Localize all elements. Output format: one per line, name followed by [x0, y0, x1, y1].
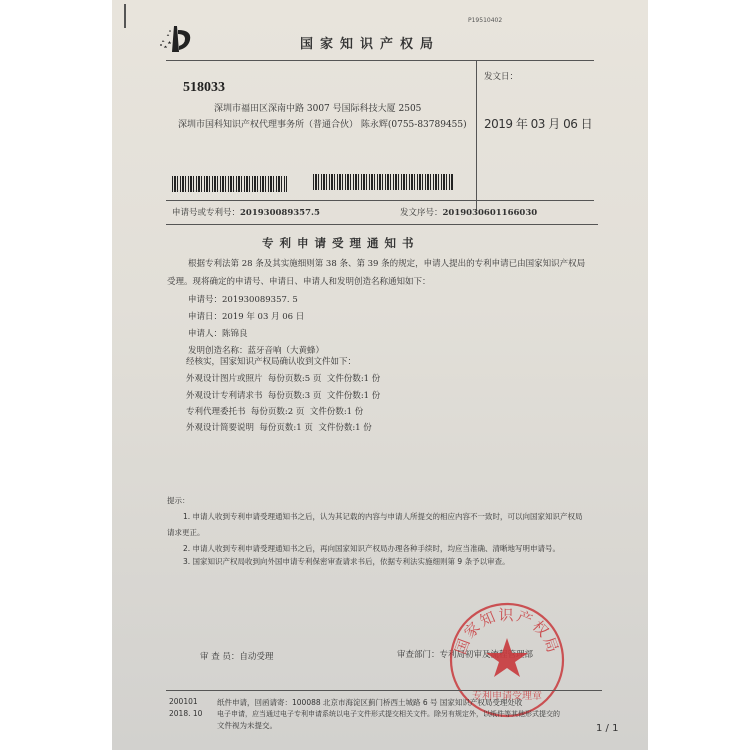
- field-application-number: 申请号：201930089357. 5: [188, 293, 298, 305]
- reference-top-divider: [166, 200, 594, 201]
- received-intro: 经核实，国家知识产权局确认收到文件如下：: [186, 355, 356, 367]
- footer-version: 2018. 10: [169, 709, 202, 718]
- barcode-left: [172, 176, 287, 192]
- form-number: P19510402: [468, 17, 502, 24]
- examiner: 审 查 员：自动受理: [200, 650, 273, 662]
- recipient-agency: 深圳市国科知识产权代理事务所（普通合伙） 陈永辉(0755-83789455): [178, 117, 467, 130]
- notice-title: 专利申请受理通知书: [262, 235, 420, 251]
- document-row: 外观设计专利请求书 每份页数:3 页 文件份数:1 份: [186, 389, 380, 401]
- footer-divider: [166, 690, 602, 691]
- serial-number-label: 发文序号：: [400, 208, 443, 218]
- staple-mark: [124, 4, 126, 28]
- tips-heading: 提示：: [167, 495, 190, 506]
- application-number-value: 201930089357.5: [240, 208, 320, 218]
- field-application-date: 申请日：2019 年 03 月 06 日: [188, 310, 304, 322]
- serial-number-value: 20190306011660​30: [443, 208, 538, 218]
- field-applicant: 申请人：陈锦良: [188, 327, 248, 339]
- header-divider: [166, 60, 594, 61]
- reference-bottom-divider: [166, 224, 598, 225]
- intro-line-2: 受理。现将确定的申请号、申请日、申请人和发明创造名称通知如下：: [167, 275, 431, 287]
- tip-3: 3. 国家知识产权局收到向外国申请专利保密审查请求书后，依据专利法实施细则第 9…: [183, 556, 510, 567]
- organization-name: 国家知识产权局: [300, 33, 440, 52]
- document-row: 外观设计图片或照片 每份页数:5 页 文件份数:1 份: [186, 372, 380, 384]
- issue-date-value: 2019 年 03 月 06 日: [484, 115, 592, 132]
- footer-line-1: 纸件申请，回函请寄：100088 北京市海淀区蓟门桥西土城路 6 号 国家知识产…: [217, 697, 522, 708]
- document-row: 外观设计简要说明 每份页数:1 页 文件份数:1 份: [186, 421, 372, 433]
- postal-code: 518033: [183, 80, 225, 96]
- examiner-value: 自动受理: [239, 652, 273, 662]
- application-number-label: 申请号或专利号：: [172, 208, 240, 218]
- date-column-divider: [476, 60, 477, 210]
- examiner-label: 审 查 员：: [200, 652, 239, 662]
- document-row: 专利代理委托书 每份页数:2 页 文件份数:1 份: [186, 405, 363, 417]
- intro-line-1: 根据专利法第 28 条及其实施细则第 38 条、第 39 条的规定，申请人提出的…: [188, 257, 585, 269]
- footer-line-3: 文件视为未提交。: [217, 720, 277, 731]
- tip-2: 2. 申请人收到专利申请受理通知书之后，再向国家知识产权局办理各种手续时，均应当…: [183, 543, 560, 554]
- page-number: 1 / 1: [596, 723, 618, 734]
- application-number-row: 申请号或专利号：201930089357.5: [172, 206, 320, 218]
- recipient-address: 深圳市福田区深南中路 3007 号国际科技大厦 2505: [214, 101, 421, 114]
- footer-line-2: 电子申请，应当通过电子专利申请系统以电子文件形式提交相关文件。除另有规定外，以纸…: [217, 709, 560, 719]
- department-label: 审查部门：: [397, 650, 440, 660]
- barcode-right: [313, 174, 453, 190]
- tip-1: 1. 申请人收到专利申请受理通知书之后，认为其记载的内容与申请人所提交的相应内容…: [183, 511, 583, 522]
- footer-code: 200101: [169, 697, 198, 706]
- serial-number-row: 发文序号：20190306011660​30: [400, 206, 537, 218]
- cnipa-logo-icon: [158, 22, 198, 54]
- tip-1-continued: 请求更正。: [167, 527, 205, 538]
- issue-date-label: 发文日：: [484, 70, 518, 82]
